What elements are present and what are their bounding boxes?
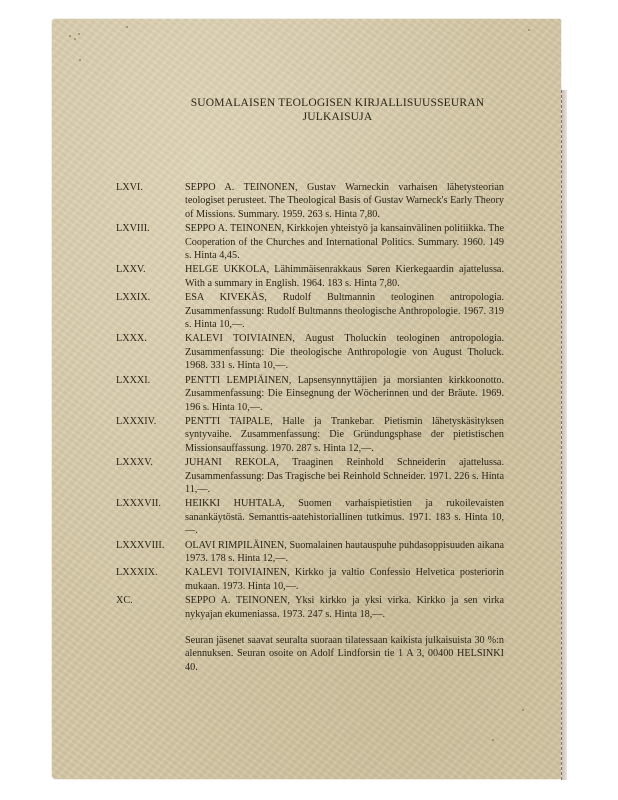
list-item: LXXXIV. PENTTI TAIPALE, Halle ja Trankeb… [116,415,506,455]
list-item: LXXXIX. KALEVI TOIVIAINEN, Kirkko ja val… [116,566,506,593]
paper-speck [78,33,80,35]
title-line-2: JULKAISUJA [114,110,561,124]
paper-speck [492,739,494,741]
series-number: XC. [116,594,185,621]
series-number: LXXXV. [116,456,185,496]
series-number: LXVI. [116,181,185,221]
list-item: LXXXVII. HEIKKI HUHTALA, Suomen varhaisp… [116,497,506,537]
entry-text: JUHANI REKOLA, Traaginen Reinhold Schnei… [185,456,504,496]
list-item: LXXX. KALEVI TOIVIAINEN, August Tholucki… [116,332,506,372]
series-number: LXXXI. [116,374,185,414]
entry-text: HEIKKI HUHTALA, Suomen varhaispietistien… [185,497,504,537]
series-number: LXXXVII. [116,497,185,537]
series-number: LXXXVIII. [116,539,185,566]
entry-text: KALEVI TOIVIAINEN, August Tholuckin teol… [185,332,504,372]
series-number: LXXX. [116,332,185,372]
entry-text: ESA KIVEKÄS, Rudolf Bultmannin teologine… [185,291,504,331]
paper-speck [528,29,530,31]
book-back-cover: SUOMALAISEN TEOLOGISEN KIRJALLISUUSSEURA… [52,19,561,779]
series-number: LXVIII. [116,222,185,262]
entry-text: SEPPO A. TEINONEN, Yksi kirkko ja yksi v… [185,594,504,621]
list-item: LXXXVIII. OLAVI RIMPILÄINEN, Suomalainen… [116,539,506,566]
entry-text: SEPPO A. TEINONEN, Gustav Warneckin varh… [185,181,504,221]
list-item: LXXXV. JUHANI REKOLA, Traaginen Reinhold… [116,456,506,496]
series-number: LXXXIX. [116,566,185,593]
entry-text: OLAVI RIMPILÄINEN, Suomalainen hautauspu… [185,539,504,566]
publication-list: LXVI. SEPPO A. TEINONEN, Gustav Warnecki… [116,181,506,622]
title-line-1: SUOMALAISEN TEOLOGISEN KIRJALLISUUSSEURA… [114,96,561,110]
membership-note: Seuran jäsenet saavat seuralta suoraan t… [185,634,504,674]
paper-speck [522,709,524,711]
paper-speck [69,35,71,37]
list-item: LXVIII. SEPPO A. TEINONEN, Kirkkojen yht… [116,222,506,262]
book-spine-edge [561,90,567,780]
series-number: LXXXIV. [116,415,185,455]
entry-text: PENTTI LEMPIÄINEN, Lapsensynnyttäjien ja… [185,374,504,414]
entry-text: SEPPO A. TEINONEN, Kirkkojen yhteistyö j… [185,222,504,262]
list-item: LXVI. SEPPO A. TEINONEN, Gustav Warnecki… [116,181,506,221]
paper-speck [74,38,76,40]
list-item: LXXV. HELGE UKKOLA, Lähimmäisenrakkaus S… [116,263,506,290]
entry-text: KALEVI TOIVIAINEN, Kirkko ja valtio Conf… [185,566,504,593]
entry-text: HELGE UKKOLA, Lähimmäisenrakkaus Søren K… [185,263,504,290]
list-item: LXXIX. ESA KIVEKÄS, Rudolf Bultmannin te… [116,291,506,331]
series-number: LXXV. [116,263,185,290]
page-title: SUOMALAISEN TEOLOGISEN KIRJALLISUUSSEURA… [52,96,561,124]
list-item: XC. SEPPO A. TEINONEN, Yksi kirkko ja yk… [116,594,506,621]
series-number: LXXIX. [116,291,185,331]
list-item: LXXXI. PENTTI LEMPIÄINEN, Lapsensynnyttä… [116,374,506,414]
paper-speck [79,59,81,61]
entry-text: PENTTI TAIPALE, Halle ja Trankebar. Piet… [185,415,504,455]
paper-speck [126,26,128,28]
